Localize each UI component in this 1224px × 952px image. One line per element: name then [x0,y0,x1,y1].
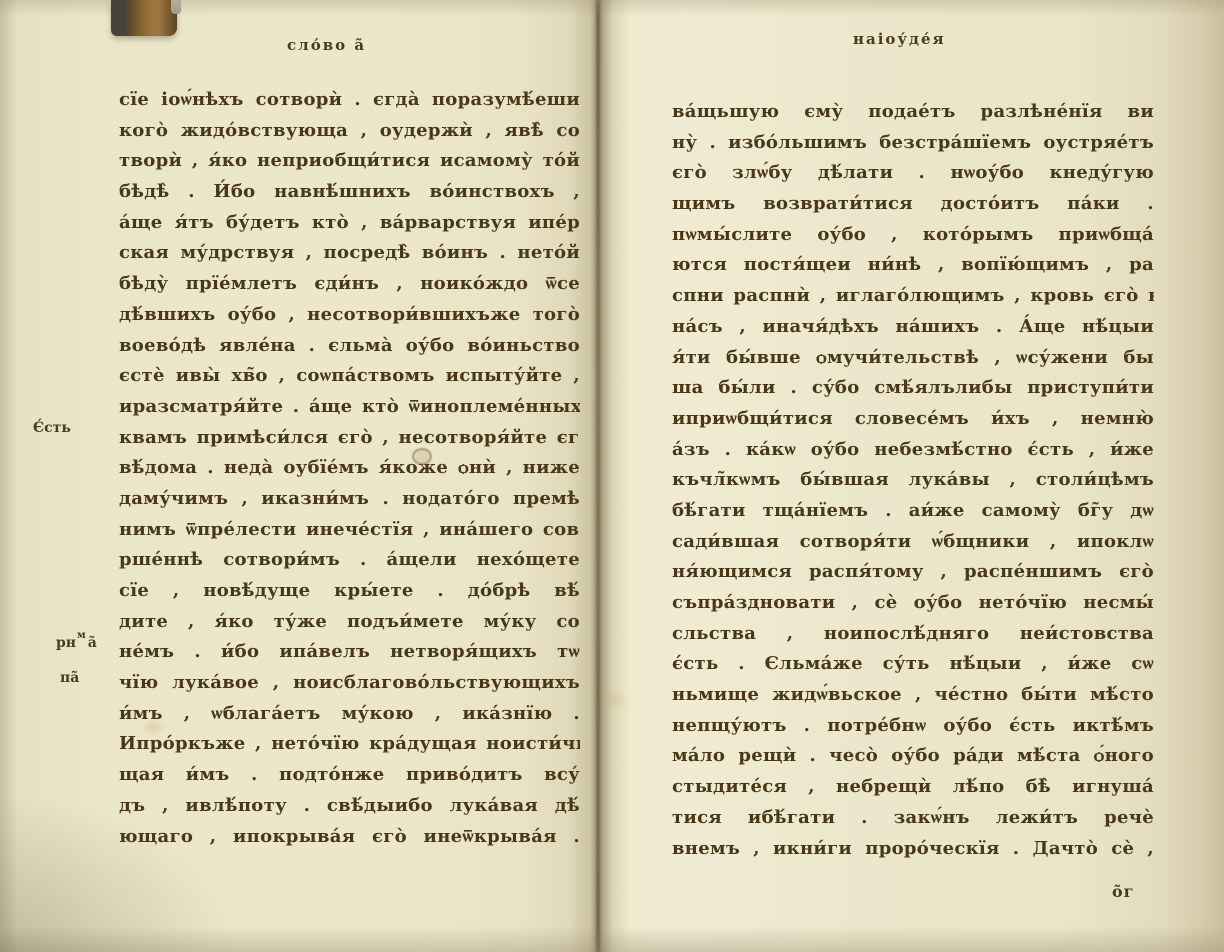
text-line: ма́ло рещѝ . чесо̀ оу́бо ра́ди мѣ́ста ѻ́… [672,741,1154,772]
text-line: а́зъ . ка́кѡ оу́бо небезмѣ́стно є́сть , … [672,435,1154,466]
text-line: щая и́мъ . подто́нже приво́дитъ всу́ [119,760,580,791]
text-line: бѣдѣ̀ . И́бо навнѣ́шнихъ во́инствохъ , [119,177,580,208]
text-line: сїе , новѣ́дуще кры́ете . до́брѣ вѣ́ [119,576,580,607]
text-line: не́мъ . и́бо ипа́велъ нетворя́щихъ тѡ [119,637,580,668]
foxing-stain [140,718,166,736]
text-line: єго̀ злѡ́бу дѣ́лати . нѡоу́бо кнеду́гую [672,158,1154,189]
text-line: щимъ возврати́тися досто́итъ па́ки . [672,189,1154,220]
text-line: бѣду̀ прїе́млетъ єди́нъ , ноико́ждо ѿсе [119,269,580,300]
text-line: ская му́дрствуя , посредѣ̀ во́инъ . нето… [119,238,580,269]
text-line: я́ти бы́вше ѻмучи́тельствѣ , ѡсу́жени бы [672,343,1154,374]
text-line: кого̀ жидо́вствующа , оудержѝ , явѣ̀ со [119,116,580,147]
margin-ref2-text: па̃ [60,670,79,686]
text-line: воево́дѣ явле́на . єльма̀ оу́бо во́иньст… [119,331,580,362]
text-line: внемъ , икни́ги проро́ческїя . Дачто̀ сѐ… [672,834,1154,865]
text-line: чїю лука́вое , ноисблагово́льствующихъ [119,668,580,699]
text-line: творѝ , я́ко неприобщи́тися исамому̀ то́… [119,146,580,177]
text-line: нимъ ѿпре́лести инече́стїя , ина́шего со… [119,515,580,546]
text-line: ну̀ . избо́льшимъ безстра́шїемъ оустряе́… [672,128,1154,159]
text-line: рше́ннѣ сотвори́мъ . а́щели нехо́щете [119,545,580,576]
right-page-header: наіоу́де́я [853,30,946,48]
text-line: и́мъ , ѡблага́етъ му́кою , ика́знїю . [119,699,580,730]
text-line: дѣ́вшихъ оу́бо , несотвори́вшихъже того̀ [119,300,580,331]
margin-reference-1: рнма̃ [56,630,97,651]
book-spread: сло́во а̃ наіоу́де́я сїе іоѡ́нѣхъ сотвор… [0,0,1224,952]
text-line: бѣ́гати тща́нїемъ . аи́же самому̀ бг̃у д… [672,496,1154,527]
text-line: єстѐ ивы̀ хв̃о , соѡпа́ствомъ испыту́йте… [119,361,580,392]
text-line: а́ще я́тъ бу́детъ кто̀ , ва́рварствуя ип… [119,208,580,239]
foxing-stain [600,690,630,712]
text-line: ющаго , ипокрыва́я єго̀ инеѿкрыва́я . [119,822,580,853]
gutter-crease [596,0,600,952]
text-line: є́сть . Єльма́же су́ть нѣ́цыи , и́же сѡ [672,649,1154,680]
text-line: иприѡбщи́тися словесе́мъ и́хъ , немню̀ [672,404,1154,435]
text-line: Ипро́ркъже , нето́чїю кра́дущая ноисти́ч… [119,729,580,760]
folio-number: о̃г [1112,882,1134,901]
margin-note-text: Є́сть [33,420,71,436]
text-line: квамъ примѣси́лся єго̀ , несотворя́йте є… [119,423,580,454]
text-line: ньмище жидѡ́вьское , че́стно бы́ти мѣ́ст… [672,680,1154,711]
margin-ref-base: рн [56,635,76,651]
left-page-header: сло́во а̃ [287,36,366,54]
text-line: ня́ющимся распя́тому , распе́ншимъ єго̀ [672,557,1154,588]
left-edge-shadow [0,0,18,952]
text-line: ша бы́ли . су́бо смѣ́ялълибы приступи́ти [672,373,1154,404]
text-line: вѣ́дома . неда̀ оубїе́мъ я́коже ѻнѝ , ни… [119,453,580,484]
text-line: дите , я́ко ту́же подъи́мете му́ку со [119,607,580,638]
binding-strap [111,0,177,36]
text-line: непщу́ютъ . потре́бнѡ оу́бо є́сть иктѣ́м… [672,711,1154,742]
margin-ref-number: а̃ [88,635,97,651]
text-line: сїе іоѡ́нѣхъ сотворѝ . єгда̀ поразумѣ́еш… [119,85,580,116]
text-line: стыдите́ся , небрещѝ лѣ́по бѣ̀ игнуша́ [672,772,1154,803]
text-line: съпра́здновати , сѐ оу́бо нето́чїю несмы… [672,588,1154,619]
text-line: сльства , ноипослѣ́дняго неи́стовства [672,619,1154,650]
text-line: ва́щьшую єму̀ подае́тъ разлѣне́нїя ви [672,97,1154,128]
text-line: дъ , ивлѣ́поту . свѣ́дыибо лука́вая дѣ́ [119,791,580,822]
ink-smudge [412,448,432,465]
right-page-text: ва́щьшую єму̀ подае́тъ разлѣне́нїя вину̀… [672,97,1154,869]
text-line: ются постя́щеи ни́нѣ , вопїю́щимъ , ра [672,250,1154,281]
text-line: сади́вшая сотворя́ти ѡ́бщники , ипоклѡ [672,527,1154,558]
top-edge-shadow [0,0,1224,16]
margin-note-est: Є́сть [33,420,71,436]
text-line: тися ибѣ́гати . закѡ́нъ лежи́тъ речѐ [672,803,1154,834]
left-page-text: сїе іоѡ́нѣхъ сотворѝ . єгда̀ поразумѣ́еш… [119,85,580,857]
margin-reference-2: па̃ [60,670,79,686]
bottom-edge-shadow [0,926,1224,952]
text-line: на́съ , иначя́дѣхъ на́шихъ . А́ще нѣ́цыи [672,312,1154,343]
margin-ref-superscript: м [77,630,86,641]
text-line: иразсматря́йте . а́ще кто̀ ѿиноплеме́нны… [119,392,580,423]
text-line: къчл̃кѡмъ бы́вшая лука́вы , столи́цѣмъ [672,465,1154,496]
text-line: даму́чимъ , иказни́мъ . нодато́го премѣ [119,484,580,515]
text-line: спни распнѝ , иглаго́лющимъ , кровь єго̀… [672,281,1154,312]
text-line: пѡмы́слите оу́бо , кото́рымъ приѡбща́ [672,220,1154,251]
